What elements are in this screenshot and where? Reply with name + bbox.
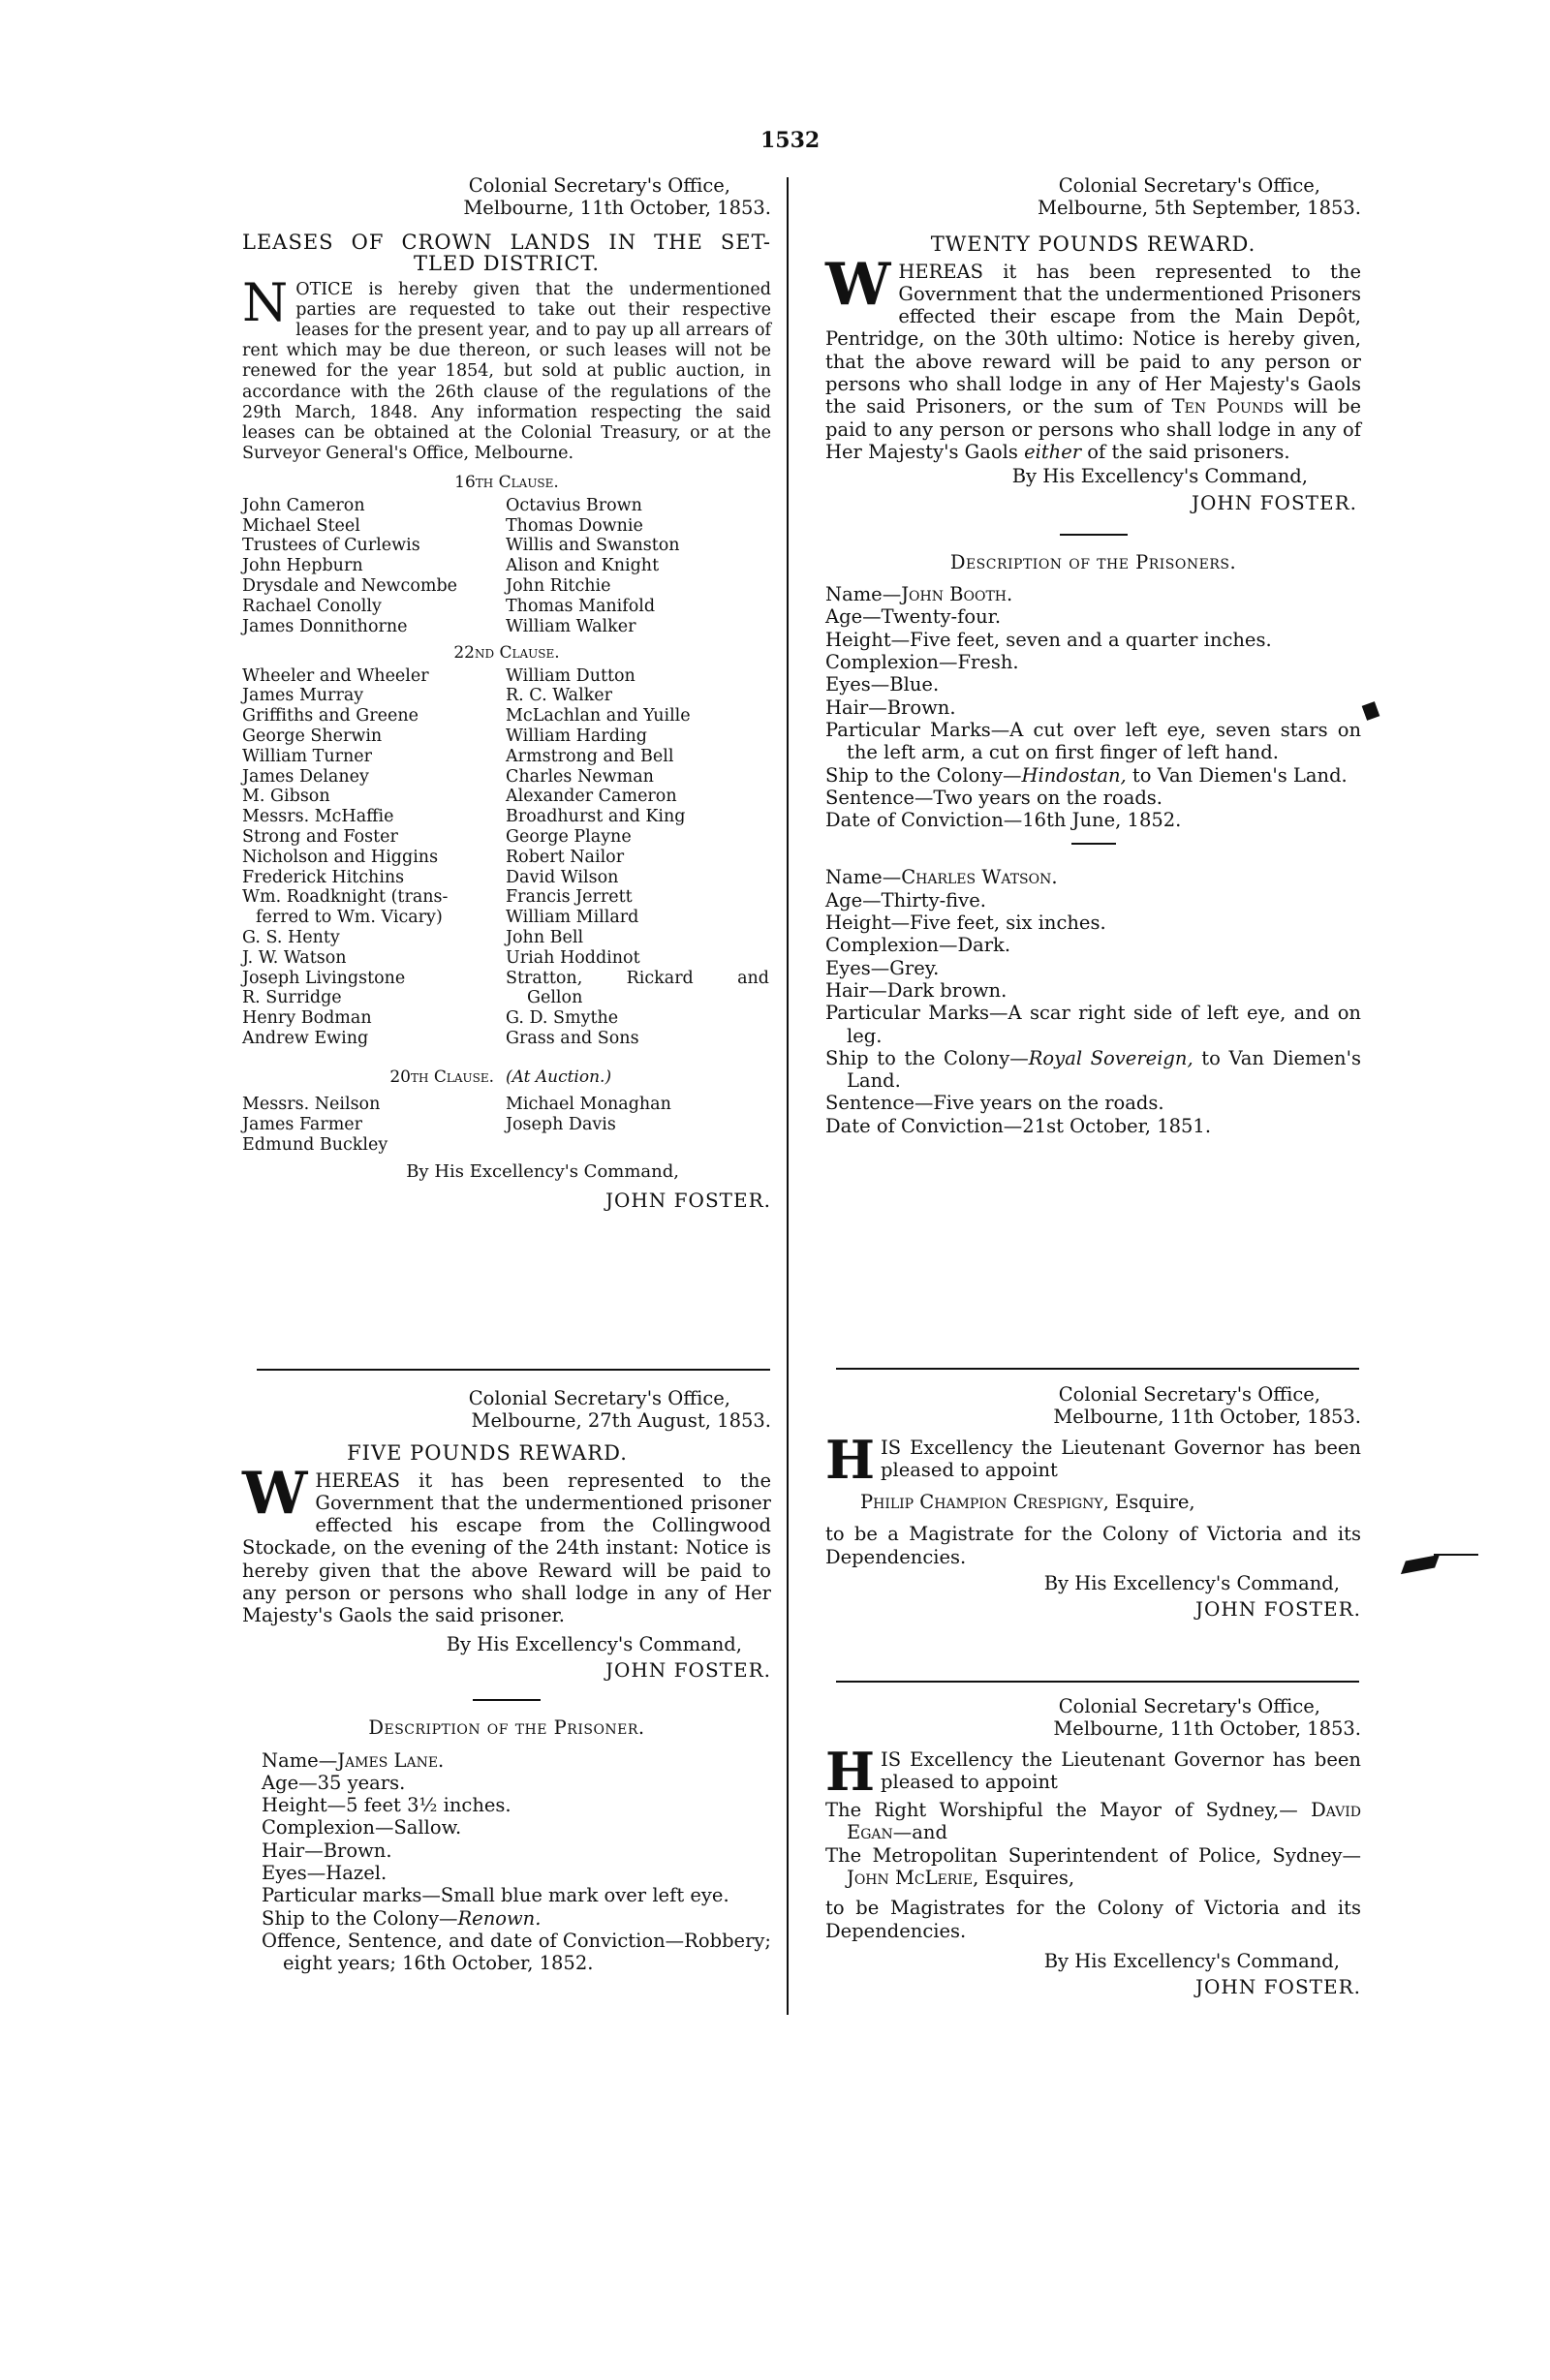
lessee: M. Gibson bbox=[242, 787, 506, 807]
margin-hand-mark-line bbox=[1434, 1554, 1478, 1556]
field-label: Ship to the Colony— bbox=[262, 1907, 457, 1930]
notice-header: Colonial Secretary's Office, Melbourne, … bbox=[825, 1695, 1361, 1741]
body-text: HEREAS it has been represented to the Go… bbox=[825, 261, 1361, 418]
prisoner-ship: Ship to the Colony—Royal Sovereign, to V… bbox=[825, 1047, 1361, 1093]
lessee: Broadhurst and King bbox=[506, 807, 771, 827]
lessee: Andrew Ewing bbox=[242, 1029, 506, 1049]
dateline: Melbourne, 27th August, 1853. bbox=[242, 1409, 771, 1432]
lessee: William Turner bbox=[242, 747, 506, 767]
notice-header: Colonial Secretary's Office, Melbourne, … bbox=[242, 174, 771, 220]
prisoner-hair: Hair—Brown. bbox=[262, 1839, 771, 1862]
lessee: John Cameron bbox=[242, 496, 506, 516]
names-list-16: John Cameron Octavius Brown Michael Stee… bbox=[242, 496, 771, 637]
dateline: Melbourne, 11th October, 1853. bbox=[242, 197, 771, 219]
lessee-continuation: Gellon bbox=[506, 988, 771, 1008]
clause-heading-20: 20th Clause. (At Auction.) bbox=[242, 1066, 771, 1089]
notice-body: N OTICE is hereby given that the underme… bbox=[242, 280, 771, 465]
lessee: Edmund Buckley bbox=[242, 1135, 506, 1156]
lessee: William Dutton bbox=[506, 666, 771, 687]
signature: JOHN FOSTER. bbox=[242, 1659, 771, 1682]
column-divider bbox=[787, 177, 789, 2015]
prisoner-eyes: Eyes—Grey. bbox=[825, 957, 1361, 979]
prisoner-name: Name—James Lane. bbox=[262, 1749, 771, 1772]
prisoner-description: Name—Charles Watson. Age—Thirty-five. He… bbox=[825, 866, 1361, 1137]
either-text: either bbox=[1024, 441, 1081, 463]
name-value: James Lane. bbox=[337, 1749, 444, 1772]
appointee-line: Philip Champion Crespigny, Esquire, bbox=[825, 1491, 1361, 1513]
name-value: John Booth. bbox=[901, 583, 1012, 605]
lessee: George Playne bbox=[506, 827, 771, 848]
role-text: to be a Magistrate for the Colony of Vic… bbox=[825, 1523, 1361, 1568]
lessee: John Ritchie bbox=[506, 576, 771, 597]
command-line: By His Excellency's Command, bbox=[825, 465, 1361, 487]
appointee-suffix: , Esquire, bbox=[1103, 1491, 1195, 1513]
lessee: Wm. Roadknight (trans- bbox=[242, 887, 506, 908]
lessee: Messrs. Neilson bbox=[242, 1095, 506, 1115]
short-rule bbox=[473, 1699, 541, 1701]
drop-cap: N bbox=[242, 282, 288, 325]
lessee: David Wilson bbox=[506, 868, 771, 888]
appointee-1: The Right Worshipful the Mayor of Sydney… bbox=[825, 1799, 1361, 1844]
signature: JOHN FOSTER. bbox=[825, 1598, 1361, 1621]
prisoner-ship: Ship to the Colony—Renown. bbox=[262, 1907, 771, 1930]
lessee: Stratton, Rickard and bbox=[506, 969, 771, 989]
lessee: James Delaney bbox=[242, 767, 506, 788]
role-text: to be Magistrates for the Colony of Vict… bbox=[825, 1897, 1361, 1942]
clause-heading-22: 22nd Clause. bbox=[242, 642, 771, 665]
prisoner-complexion: Complexion—Sallow. bbox=[262, 1816, 771, 1839]
prisoner-description: Name—James Lane. Age—35 years. Height—5 … bbox=[242, 1749, 771, 1975]
prisoner-name: Name—John Booth. bbox=[825, 583, 1361, 605]
office-line: Colonial Secretary's Office, bbox=[242, 174, 771, 197]
lessee: Octavius Brown bbox=[506, 496, 771, 516]
dateline: Melbourne, 11th October, 1853. bbox=[825, 1406, 1361, 1428]
clause-note: (At Auction.) bbox=[506, 1066, 771, 1089]
clause-heading: 20th Clause. bbox=[242, 1066, 506, 1089]
five-pounds-notice: Colonial Secretary's Office, Melbourne, … bbox=[242, 1387, 771, 1975]
command-line: By His Excellency's Command, bbox=[825, 1950, 1361, 1972]
section-rule bbox=[257, 1369, 770, 1371]
twenty-pounds-notice: Colonial Secretary's Office, Melbourne, … bbox=[825, 174, 1361, 1137]
prisoner-hair: Hair—Dark brown. bbox=[825, 979, 1361, 1002]
ship-destination: to Van Diemen's Land. bbox=[1127, 764, 1348, 787]
notice-title: FIVE POUNDS REWARD. bbox=[242, 1442, 771, 1464]
lessee: Alexander Cameron bbox=[506, 787, 771, 807]
lessee: James Donnithorne bbox=[242, 617, 506, 637]
drop-cap: W bbox=[825, 263, 890, 307]
prisoner-hair: Hair—Brown. bbox=[825, 696, 1361, 719]
notice-title: TWENTY POUNDS REWARD. bbox=[825, 233, 1361, 255]
lessee: Thomas Downie bbox=[506, 516, 771, 537]
prisoner-description: Name—John Booth. Age—Twenty-four. Height… bbox=[825, 583, 1361, 831]
lessee: Griffiths and Greene bbox=[242, 706, 506, 726]
margin-hand-mark bbox=[1401, 1555, 1440, 1574]
drop-cap: H bbox=[825, 1750, 873, 1793]
lessee: Henry Bodman bbox=[242, 1008, 506, 1029]
prisoner-marks: Particular Marks—A scar right side of le… bbox=[825, 1002, 1361, 1047]
lessee: R. Surridge bbox=[242, 988, 506, 1008]
signature: JOHN FOSTER. bbox=[825, 1976, 1361, 1998]
notice-header: Colonial Secretary's Office, Melbourne, … bbox=[242, 1387, 771, 1433]
crespigny-appointment-notice: Colonial Secretary's Office, Melbourne, … bbox=[825, 1383, 1361, 1622]
office-line: Colonial Secretary's Office, bbox=[825, 1695, 1361, 1717]
appointee-name: Philip Champion Crespigny bbox=[860, 1491, 1103, 1513]
prisoner-sentence: Sentence—Five years on the roads. bbox=[825, 1092, 1361, 1114]
notice-body: H IS Excellency the Lieutenant Governor … bbox=[825, 1748, 1361, 1794]
prisoner-height: Height—5 feet 3½ inches. bbox=[262, 1794, 771, 1816]
lessee: J. W. Watson bbox=[242, 948, 506, 969]
at-auction-note: (At Auction.) bbox=[506, 1067, 611, 1087]
lessee: G. S. Henty bbox=[242, 928, 506, 948]
dateline: Melbourne, 5th September, 1853. bbox=[825, 197, 1361, 219]
prisoner-age: Age—35 years. bbox=[262, 1772, 771, 1794]
description-title: Description of the Prisoner. bbox=[242, 1716, 771, 1739]
lessee: Uriah Hoddinot bbox=[506, 948, 771, 969]
lessee: William Harding bbox=[506, 726, 771, 747]
notice-header: Colonial Secretary's Office, Melbourne, … bbox=[825, 174, 1361, 220]
prisoner-ship: Ship to the Colony—Hindostan, to Van Die… bbox=[825, 764, 1361, 787]
short-rule bbox=[1071, 843, 1116, 845]
lessee bbox=[506, 1135, 771, 1156]
leases-notice: Colonial Secretary's Office, Melbourne, … bbox=[242, 174, 771, 1212]
office-line: Colonial Secretary's Office, bbox=[242, 1387, 771, 1409]
margin-pointer-mark bbox=[1362, 701, 1380, 721]
clause-heading-16: 16th Clause. bbox=[242, 472, 771, 494]
prisoner-name: Name—Charles Watson. bbox=[825, 866, 1361, 888]
names-list-22: Wheeler and Wheeler William Dutton James… bbox=[242, 666, 771, 1049]
ship-name: Hindostan, bbox=[1021, 764, 1126, 787]
command-line: By His Excellency's Command, bbox=[825, 1572, 1361, 1594]
command-line: By His Excellency's Command, bbox=[242, 1160, 771, 1183]
signature: JOHN FOSTER. bbox=[242, 1190, 771, 1212]
prisoner-complexion: Complexion—Dark. bbox=[825, 934, 1361, 956]
lessee: Francis Jerrett bbox=[506, 887, 771, 908]
lessee: Robert Nailor bbox=[506, 848, 771, 868]
lessee: Joseph Davis bbox=[506, 1115, 771, 1135]
page-number: 1532 bbox=[760, 128, 820, 153]
lessee: Michael Monaghan bbox=[506, 1095, 771, 1115]
dateline: Melbourne, 11th October, 1853. bbox=[825, 1717, 1361, 1740]
command-line: By His Excellency's Command, bbox=[242, 1633, 771, 1655]
names-list-20: Messrs. Neilson Michael Monaghan James F… bbox=[242, 1095, 771, 1155]
prisoner-eyes: Eyes—Blue. bbox=[825, 673, 1361, 695]
notice-body: W HEREAS it has been represented to the … bbox=[825, 261, 1361, 464]
lessee: Trustees of Curlewis bbox=[242, 536, 506, 556]
title-line-2: TLED DISTRICT. bbox=[242, 253, 771, 274]
lessee: Rachael Conolly bbox=[242, 597, 506, 617]
ten-pounds-text: Ten Pounds bbox=[1172, 395, 1284, 417]
field-label: Ship to the Colony— bbox=[825, 1047, 1029, 1069]
drop-cap: W bbox=[242, 1471, 307, 1516]
body-text: IS Excellency the Lieutenant Governor ha… bbox=[881, 1748, 1361, 1793]
prisoner-age: Age—Thirty-five. bbox=[825, 889, 1361, 912]
lessee: R. C. Walker bbox=[506, 686, 771, 706]
prisoner-height: Height—Five feet, six inches. bbox=[825, 912, 1361, 934]
lessee: George Sherwin bbox=[242, 726, 506, 747]
notice-body: H IS Excellency the Lieutenant Governor … bbox=[825, 1437, 1361, 1482]
lessee: Willis and Swanston bbox=[506, 536, 771, 556]
lessee: Grass and Sons bbox=[506, 1029, 771, 1049]
prisoner-sentence: Sentence—Two years on the roads. bbox=[825, 787, 1361, 809]
appointee-suffix: —and bbox=[893, 1821, 947, 1843]
prisoner-marks: Particular Marks—A cut over left eye, se… bbox=[825, 719, 1361, 764]
field-label: Ship to the Colony— bbox=[825, 764, 1021, 787]
body-text: of the said prisoners. bbox=[1081, 441, 1289, 463]
appointee-title: The Metropolitan Superintendent of Polic… bbox=[825, 1844, 1361, 1867]
appointee-2: The Metropolitan Superintendent of Polic… bbox=[825, 1844, 1361, 1890]
lessee: James Farmer bbox=[242, 1115, 506, 1135]
appointee-name: John McLerie bbox=[847, 1867, 973, 1889]
section-rule bbox=[836, 1681, 1359, 1683]
lessee: Nicholson and Higgins bbox=[242, 848, 506, 868]
name-value: Charles Watson. bbox=[901, 866, 1057, 888]
body-text: HEREAS it has been represented to the Go… bbox=[242, 1469, 771, 1627]
lessee: Joseph Livingstone bbox=[242, 969, 506, 989]
lessee: Michael Steel bbox=[242, 516, 506, 537]
appointee-title: The Right Worshipful the Mayor of Sydney… bbox=[825, 1799, 1298, 1821]
lessee: John Bell bbox=[506, 928, 771, 948]
prisoner-eyes: Eyes—Hazel. bbox=[262, 1862, 771, 1884]
drop-cap: H bbox=[825, 1438, 873, 1481]
prisoner-age: Age—Twenty-four. bbox=[825, 605, 1361, 628]
description-title: Description of the Prisoners. bbox=[825, 551, 1361, 573]
notice-body: W HEREAS it has been represented to the … bbox=[242, 1469, 771, 1627]
lessee: Messrs. McHaffie bbox=[242, 807, 506, 827]
appointee-suffix: , Esquires, bbox=[973, 1867, 1074, 1889]
prisoner-conviction: Date of Conviction—16th June, 1852. bbox=[825, 809, 1361, 831]
lessee: Wheeler and Wheeler bbox=[242, 666, 506, 687]
lessee: Drysdale and Newcombe bbox=[242, 576, 506, 597]
lessee: Charles Newman bbox=[506, 767, 771, 788]
office-line: Colonial Secretary's Office, bbox=[825, 174, 1361, 197]
ship-name: Renown. bbox=[457, 1907, 541, 1930]
lessee: Armstrong and Bell bbox=[506, 747, 771, 767]
notice-header: Colonial Secretary's Office, Melbourne, … bbox=[825, 1383, 1361, 1429]
body-text: OTICE is hereby given that the underment… bbox=[242, 280, 771, 464]
prisoner-offence: Offence, Sentence, and date of Convictio… bbox=[262, 1930, 771, 1975]
body-text: IS Excellency the Lieutenant Governor ha… bbox=[881, 1437, 1361, 1481]
prisoner-complexion: Complexion—Fresh. bbox=[825, 651, 1361, 673]
lessee: Alison and Knight bbox=[506, 556, 771, 576]
prisoner-marks: Particular marks—Small blue mark over le… bbox=[262, 1884, 771, 1906]
lessee: G. D. Smythe bbox=[506, 1008, 771, 1029]
signature: JOHN FOSTER. bbox=[825, 492, 1361, 514]
prisoner-height: Height—Five feet, seven and a quarter in… bbox=[825, 629, 1361, 651]
field-label: Name— bbox=[262, 1749, 337, 1772]
office-line: Colonial Secretary's Office, bbox=[825, 1383, 1361, 1406]
lessee: William Millard bbox=[506, 908, 771, 928]
ship-name: Royal Sovereign, bbox=[1029, 1047, 1193, 1069]
lessee: James Murray bbox=[242, 686, 506, 706]
sydney-appointment-notice: Colonial Secretary's Office, Melbourne, … bbox=[825, 1695, 1361, 1999]
field-label: Name— bbox=[825, 583, 901, 605]
title-line-1: LEASES OF CROWN LANDS IN THE SET- bbox=[242, 232, 771, 253]
lessee: William Walker bbox=[506, 617, 771, 637]
lessee: Frederick Hitchins bbox=[242, 868, 506, 888]
lessee: John Hepburn bbox=[242, 556, 506, 576]
lessee-continuation: ferred to Wm. Vicary) bbox=[242, 908, 506, 928]
lessee: Strong and Foster bbox=[242, 827, 506, 848]
section-rule bbox=[836, 1368, 1359, 1370]
prisoner-conviction: Date of Conviction—21st October, 1851. bbox=[825, 1115, 1361, 1137]
lessee: Thomas Manifold bbox=[506, 597, 771, 617]
field-label: Name— bbox=[825, 866, 901, 888]
notice-title: LEASES OF CROWN LANDS IN THE SET- TLED D… bbox=[242, 232, 771, 274]
lessee: McLachlan and Yuille bbox=[506, 706, 771, 726]
short-rule bbox=[1060, 534, 1128, 536]
